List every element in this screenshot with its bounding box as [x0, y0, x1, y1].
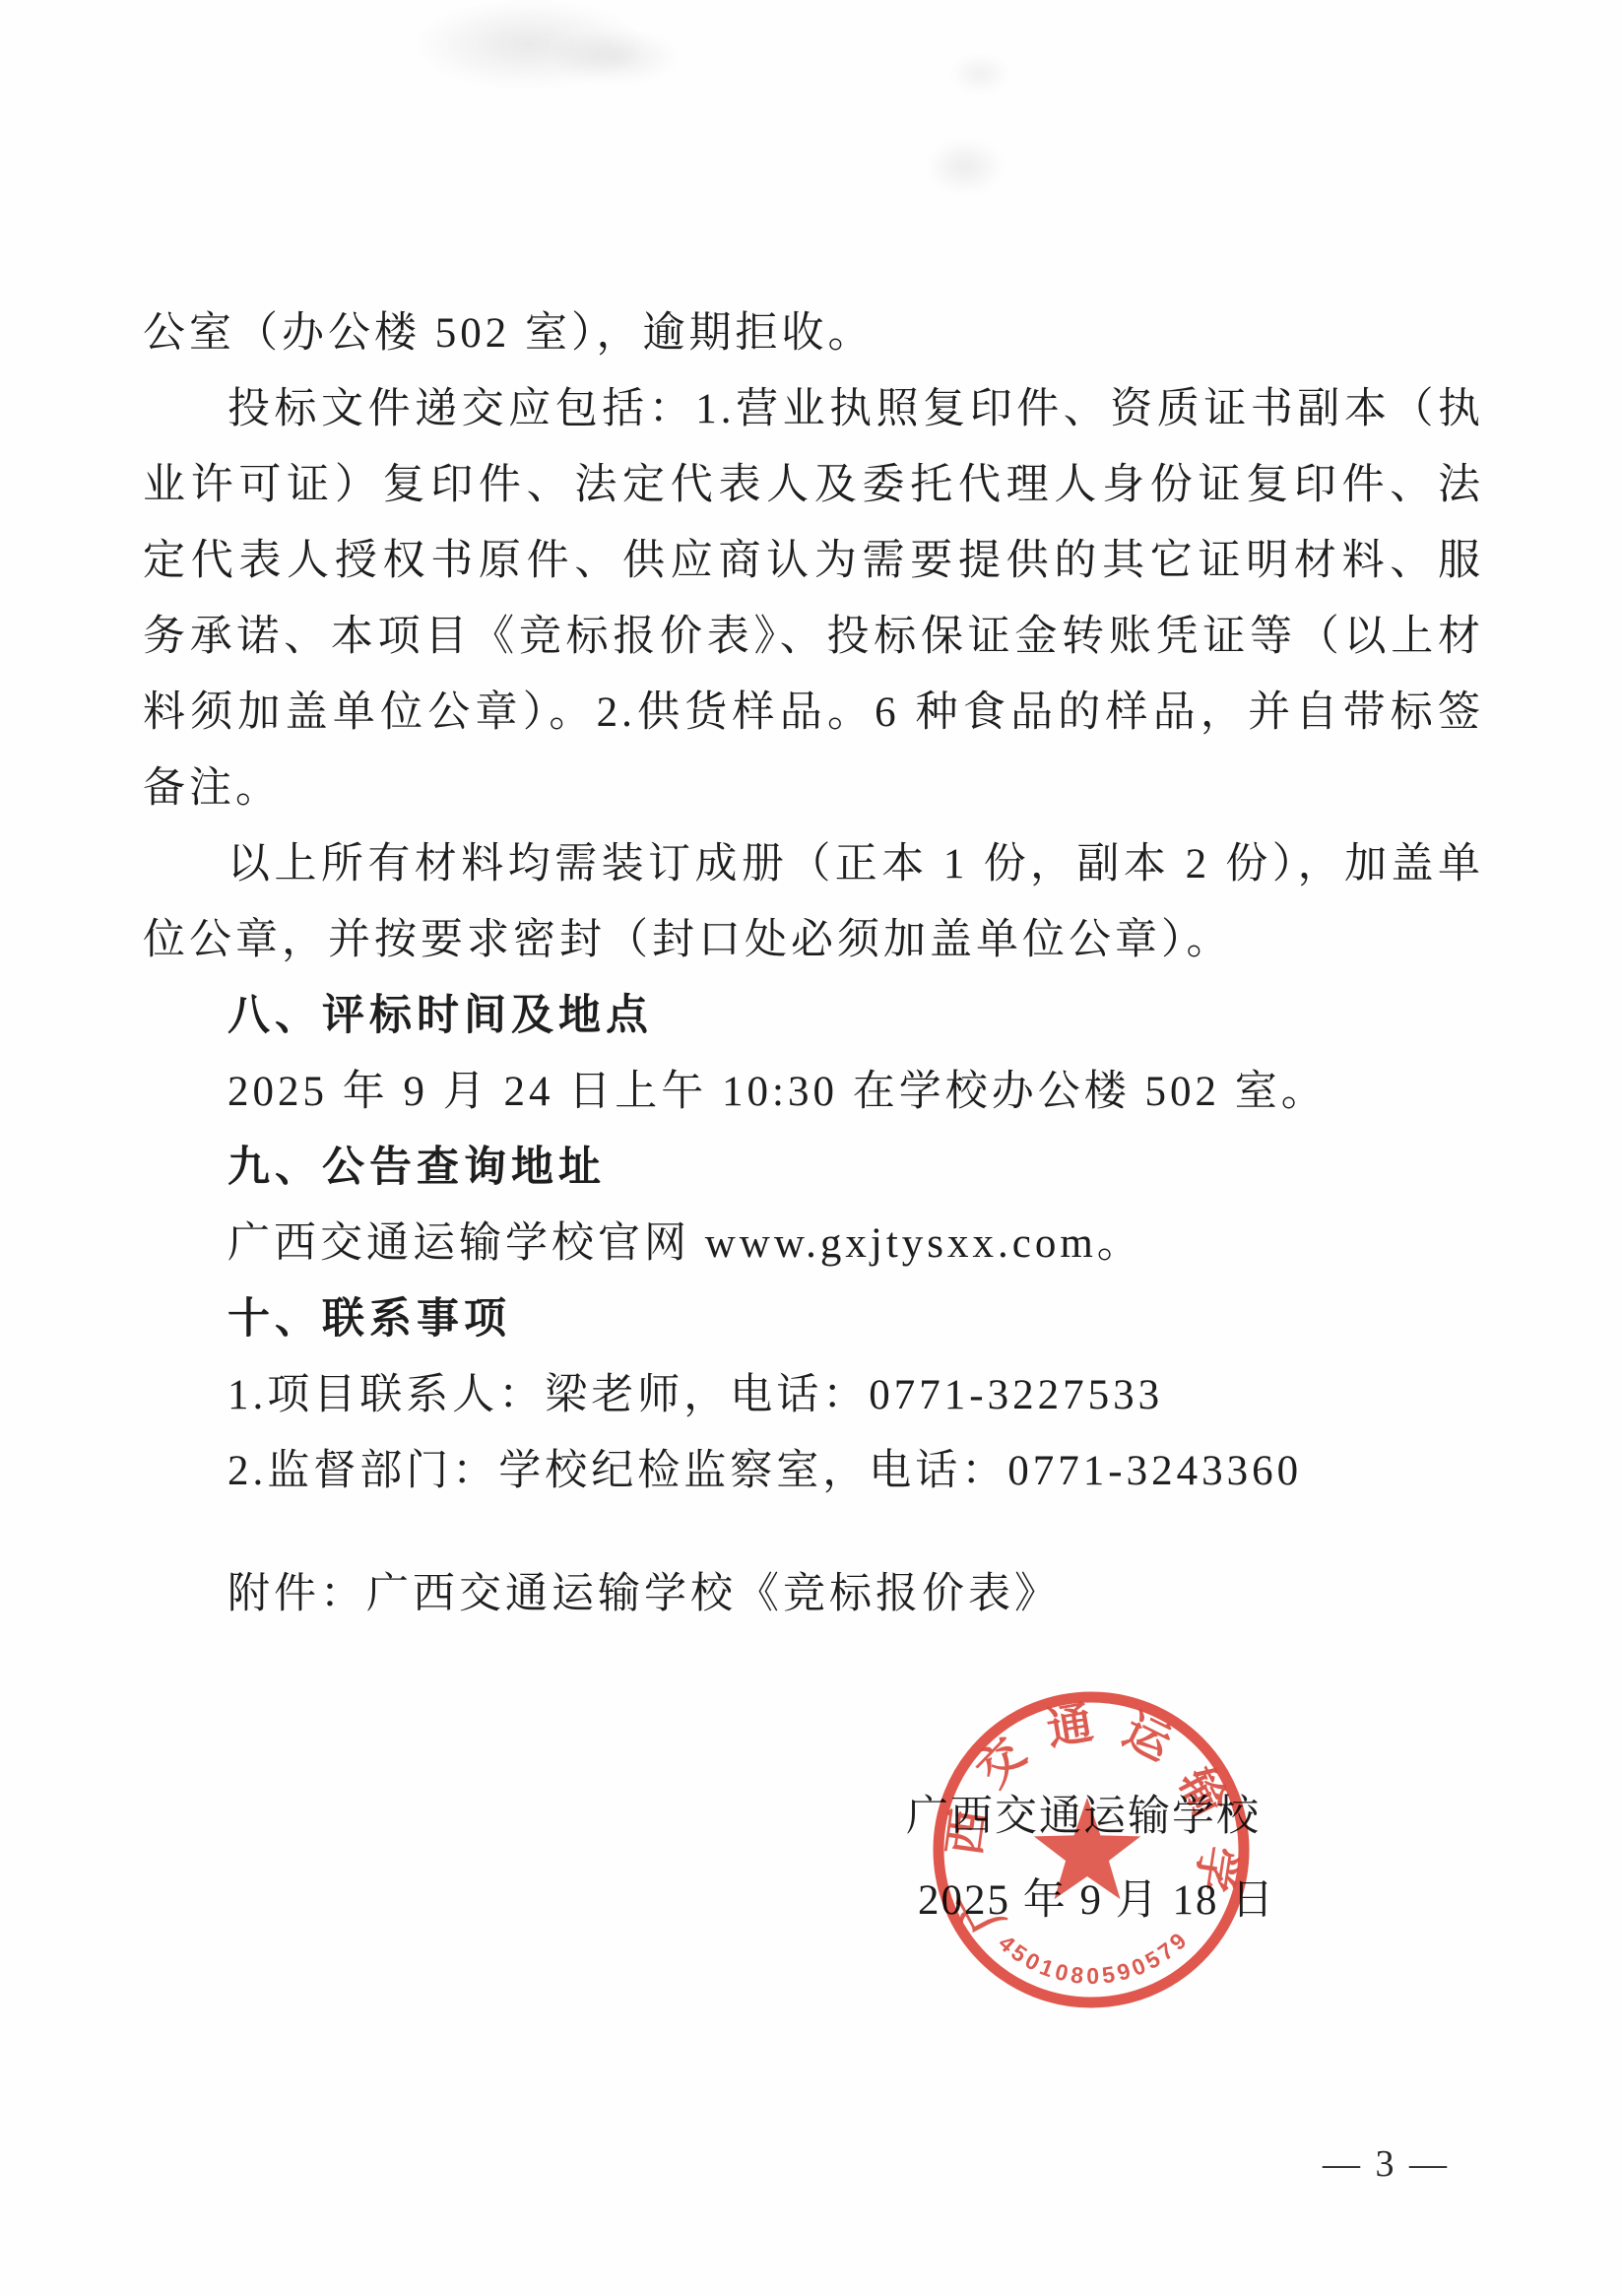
- scan-artifact: [414, 0, 645, 89]
- section-heading-9: 九、公告查询地址: [143, 1130, 1484, 1206]
- paragraph-binding-requirements: 以上所有材料均需装订成册（正本 1 份，副本 2 份），加盖单位公章，并按要求密…: [143, 826, 1484, 978]
- paragraph-continuation: 公室（办公楼 502 室），逾期拒收。: [143, 295, 1484, 371]
- official-seal-stamp: 广西交通运输学校 4501080590579: [924, 1680, 1263, 2019]
- paragraph-contact-person: 1.项目联系人：梁老师，电话：0771-3227533: [143, 1357, 1484, 1433]
- paragraph-announcement-url: 广西交通运输学校官网 www.gxjtysxx.com。: [143, 1206, 1484, 1281]
- scan-artifact: [926, 138, 1005, 195]
- section-heading-10: 十、联系事项: [143, 1281, 1484, 1357]
- paragraph-submission-contents: 投标文件递交应包括：1.营业执照复印件、资质证书副本（执业许可证）复印件、法定代…: [143, 371, 1484, 826]
- document-body: 公室（办公楼 502 室），逾期拒收。 投标文件递交应包括：1.营业执照复印件、…: [143, 295, 1484, 1632]
- scan-artifact: [950, 54, 1009, 94]
- section-heading-8: 八、评标时间及地点: [143, 978, 1484, 1054]
- page-number: — 3 —: [1323, 2142, 1450, 2186]
- paragraph-attachment: 附件：广西交通运输学校《竞标报价表》: [143, 1556, 1484, 1632]
- paragraph-supervision-dept: 2.监督部门：学校纪检监察室，电话：0771-3243360: [143, 1433, 1484, 1509]
- scan-artifact: [551, 30, 680, 84]
- seal-star-icon: [1034, 1798, 1140, 1899]
- document-page: 公室（办公楼 502 室），逾期拒收。 投标文件递交应包括：1.营业执照复印件、…: [0, 0, 1622, 2296]
- paragraph-evaluation-time: 2025 年 9 月 24 日上午 10:30 在学校办公楼 502 室。: [143, 1054, 1484, 1130]
